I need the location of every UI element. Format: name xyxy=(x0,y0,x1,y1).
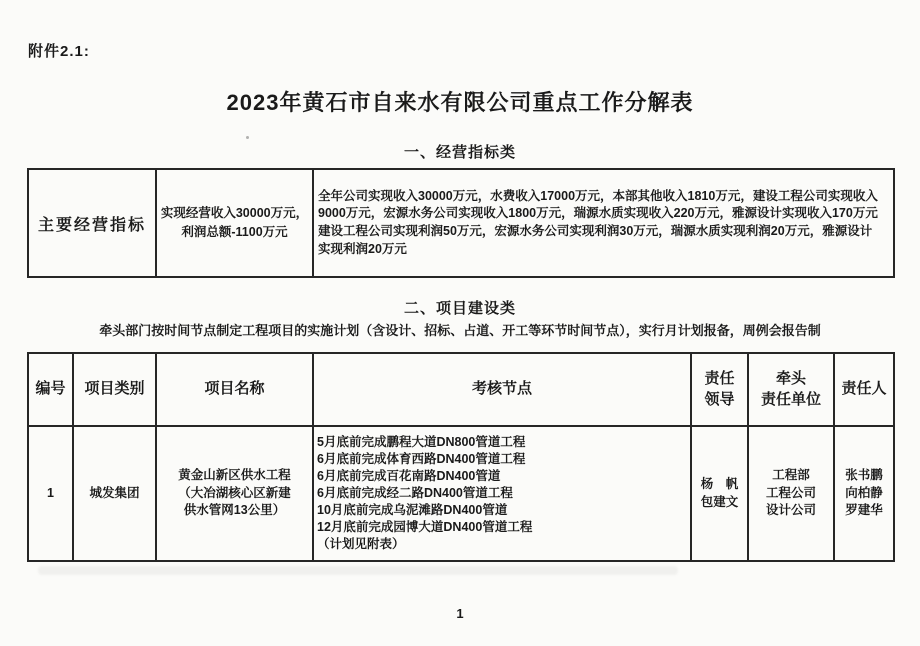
attachment-label: 附件2.1: xyxy=(28,40,90,61)
scan-artifact-dot xyxy=(246,136,249,139)
section-1-heading: 一、经营指标类 xyxy=(0,141,920,162)
scan-artifact xyxy=(38,566,678,575)
indicator-target-cell: 实现经营收入30000万元， 利润总额-1100万元 xyxy=(156,169,313,277)
project-leader-cell: 杨 帆 包建文 xyxy=(691,426,748,561)
table-row: 主要经营指标 实现经营收入30000万元， 利润总额-1100万元 全年公司实现… xyxy=(28,169,894,277)
project-person-cell: 张书鹏 向柏静 罗建华 xyxy=(834,426,894,561)
table-header-row: 编号 项目类别 项目名称 考核节点 责任 领导 牵头 责任单位 责任人 xyxy=(28,353,894,426)
page-title: 2023年黄石市自来水有限公司重点工作分解表 xyxy=(0,86,920,117)
column-header-project-name: 项目名称 xyxy=(156,353,313,426)
project-milestones-cell: 5月底前完成鹏程大道DN800管道工程 6月底前完成体育西路DN400管道工程 … xyxy=(313,426,691,561)
indicator-label-cell: 主要经营指标 xyxy=(28,169,156,277)
projects-table: 编号 项目类别 项目名称 考核节点 责任 领导 牵头 责任单位 责任人 1 城发… xyxy=(27,352,895,562)
project-category-cell: 城发集团 xyxy=(73,426,156,561)
business-indicators-table: 主要经营指标 实现经营收入30000万元， 利润总额-1100万元 全年公司实现… xyxy=(27,168,895,278)
column-header-leader: 责任 领导 xyxy=(691,353,748,426)
column-header-person: 责任人 xyxy=(834,353,894,426)
column-header-category: 项目类别 xyxy=(73,353,156,426)
section-2-subtitle: 牵头部门按时间节点制定工程项目的实施计划（含设计、招标、占道、开工等环节时间节点… xyxy=(0,320,920,339)
column-header-milestones: 考核节点 xyxy=(313,353,691,426)
project-lead-unit-cell: 工程部 工程公司 设计公司 xyxy=(748,426,834,561)
table-row: 1 城发集团 黄金山新区供水工程 （大冶湖核心区新建 供水管网13公里） 5月底… xyxy=(28,426,894,561)
indicator-detail-cell: 全年公司实现收入30000万元，水费收入17000万元，本部其他收入1810万元… xyxy=(313,169,894,277)
project-no-cell: 1 xyxy=(28,426,73,561)
section-2-heading: 二、项目建设类 xyxy=(0,297,920,318)
page-number: 1 xyxy=(0,606,920,621)
project-name-cell: 黄金山新区供水工程 （大冶湖核心区新建 供水管网13公里） xyxy=(156,426,313,561)
column-header-no: 编号 xyxy=(28,353,73,426)
document-page: 附件2.1: 2023年黄石市自来水有限公司重点工作分解表 一、经营指标类 主要… xyxy=(0,0,920,646)
column-header-lead-unit: 牵头 责任单位 xyxy=(748,353,834,426)
